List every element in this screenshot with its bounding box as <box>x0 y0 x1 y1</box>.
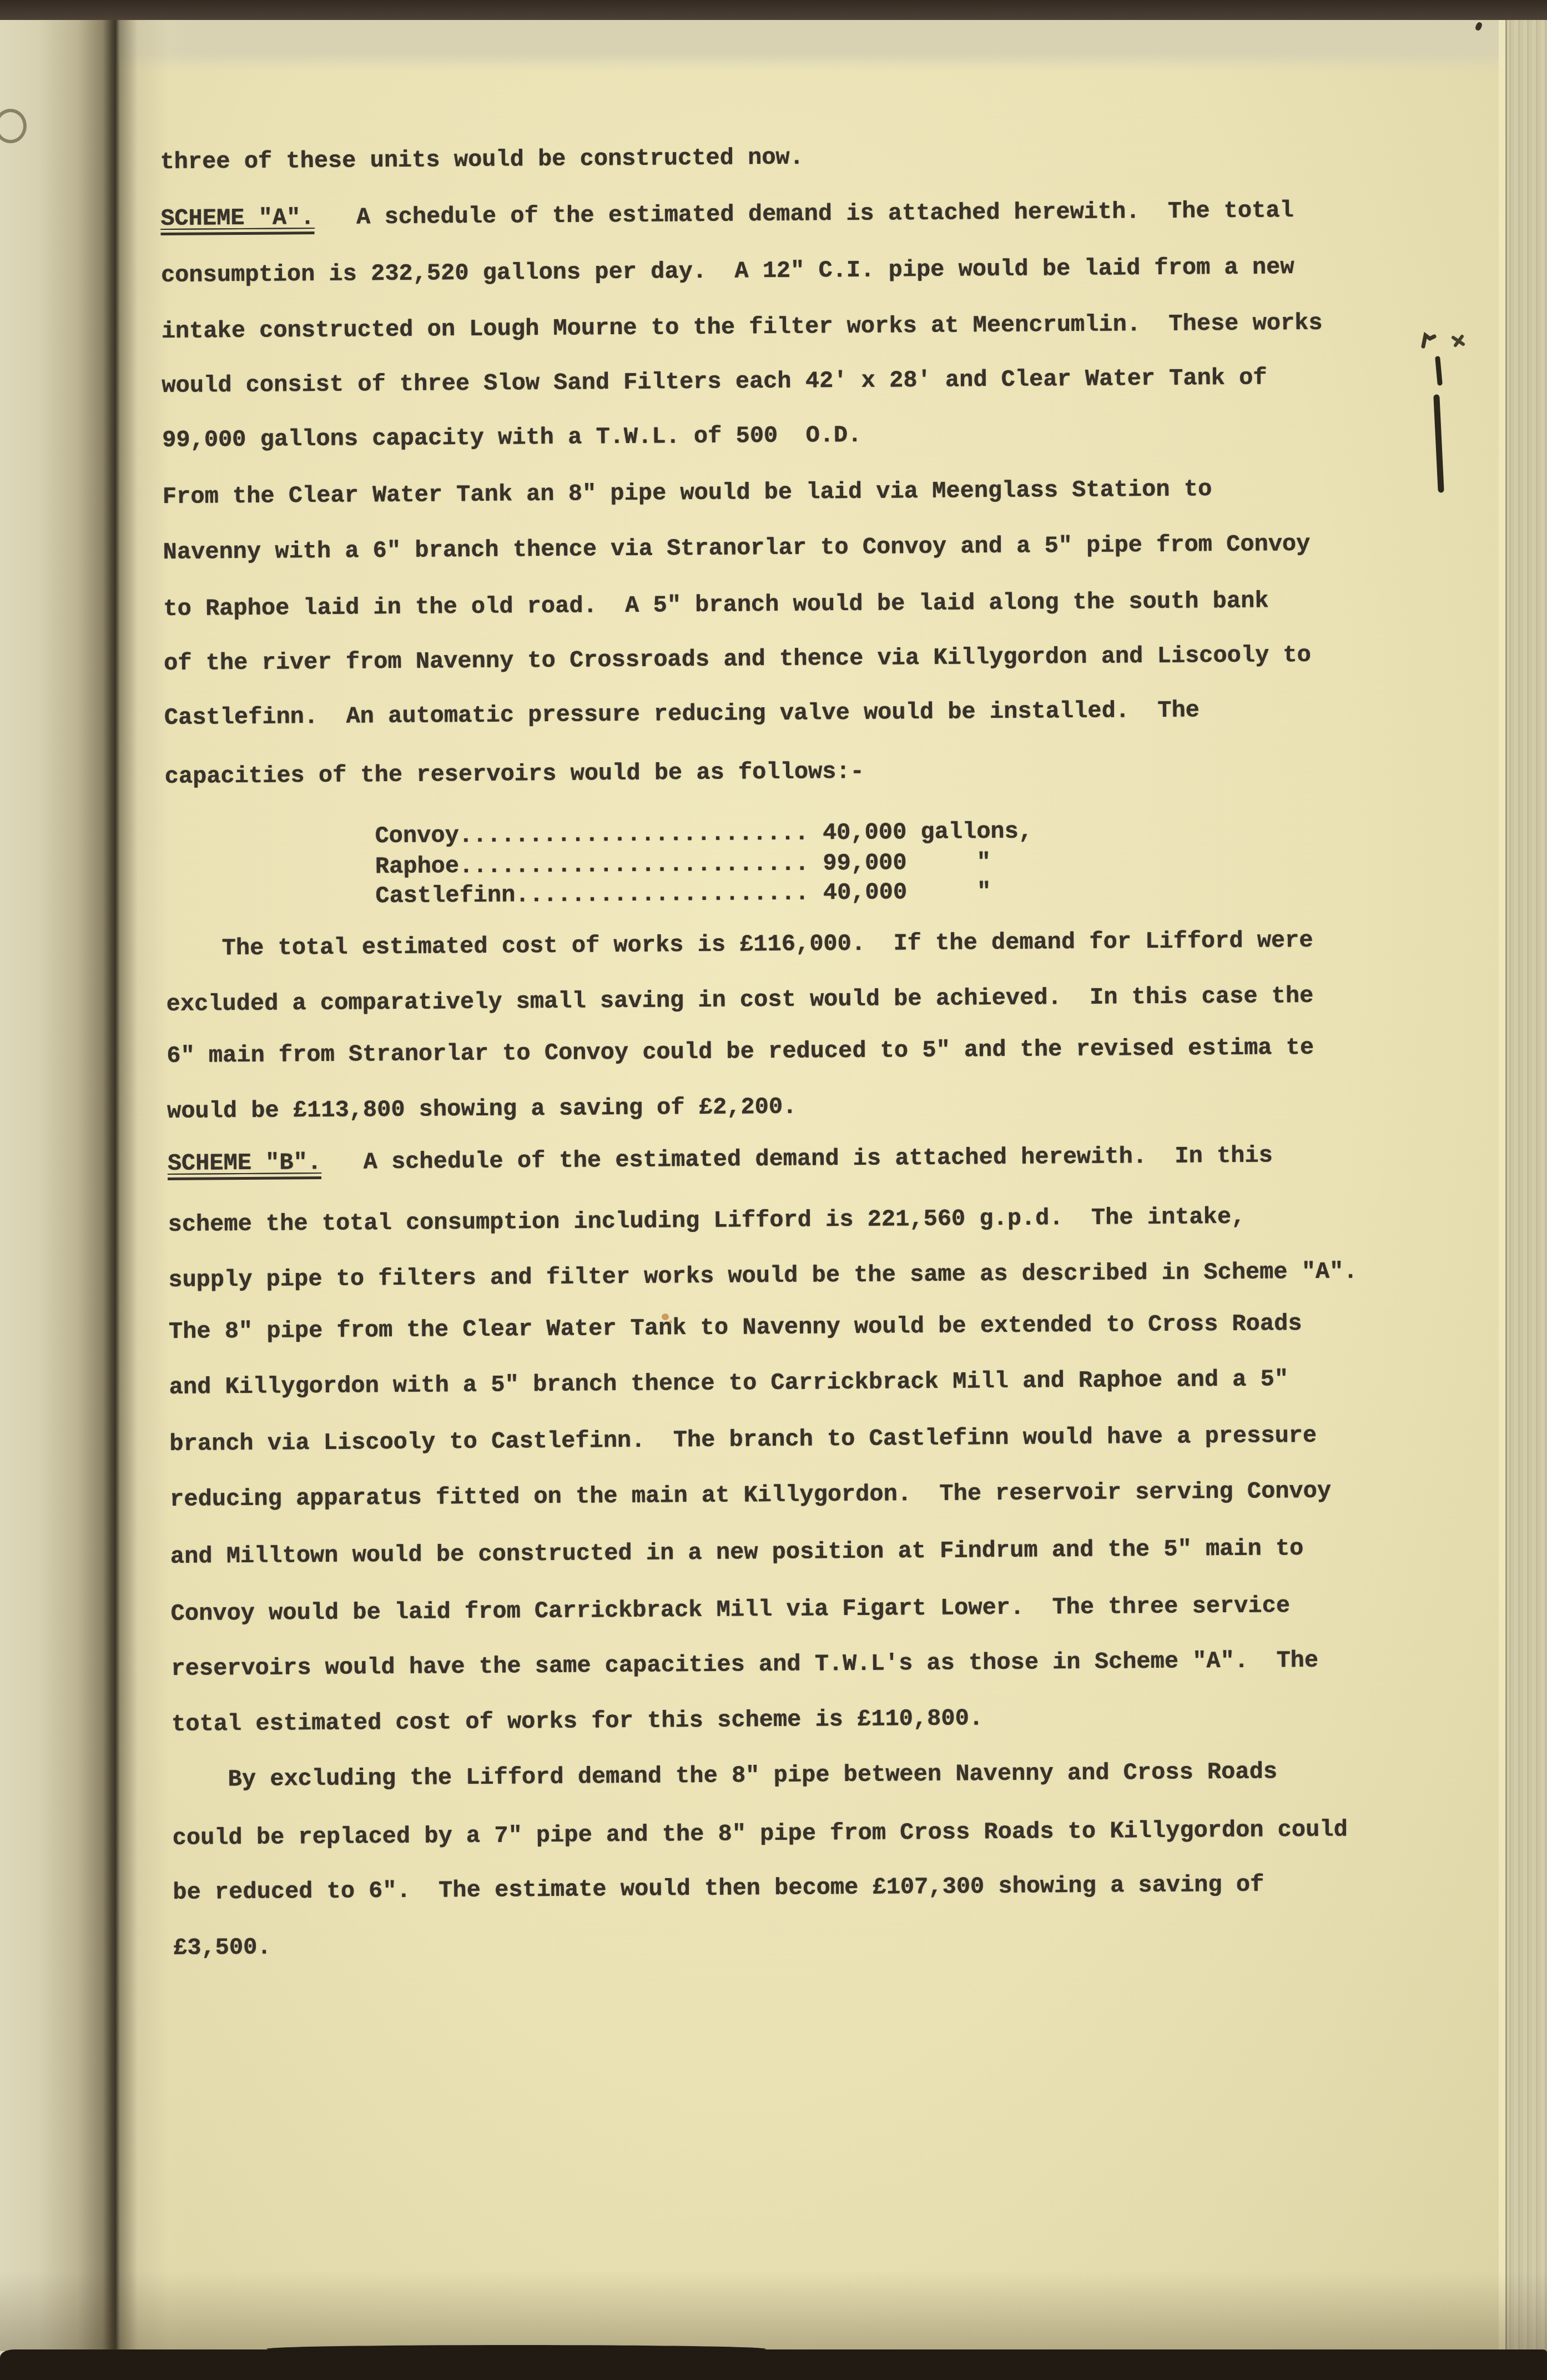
typed-line: reducing apparatus fitted on the main at… <box>170 1477 1331 1514</box>
typed-line: £3,500. <box>173 1933 271 1963</box>
stain-speck <box>662 1314 669 1320</box>
reservoir-list-line: Convoy......................... 40,000 g… <box>165 817 1032 852</box>
typed-line: A schedule of the estimated demand is at… <box>321 1142 1273 1176</box>
typed-line: excluded a comparatively small saving in… <box>167 982 1314 1019</box>
book-scan: three of these units would be constructe… <box>0 0 1547 2380</box>
typed-line: of the river from Navenny to Crossroads … <box>164 641 1311 678</box>
typed-line: 6" main from Stranorlar to Convoy could … <box>167 1033 1314 1070</box>
typed-line: branch via Liscooly to Castlefinn. The b… <box>169 1421 1317 1458</box>
right-margin-ink-marks <box>1417 329 1478 506</box>
typed-line: The total estimated cost of works is £11… <box>166 926 1313 963</box>
scheme-b-heading-line: SCHEME "B". A schedule of the estimated … <box>168 1141 1273 1178</box>
typed-line: and Milltown would be constructed in a n… <box>170 1534 1304 1571</box>
typed-line: reservoirs would have the same capacitie… <box>171 1646 1318 1683</box>
typed-line: to Raphoe laid in the old road. A 5" bra… <box>163 586 1268 623</box>
typed-line: Convoy would be laid from Carrickbrack M… <box>171 1591 1291 1628</box>
scheme-a-heading-line: SCHEME "A". A schedule of the estimated … <box>160 196 1294 233</box>
typed-line: would consist of three Slow Sand Filters… <box>162 363 1267 400</box>
typed-line: supply pipe to filters and filter works … <box>168 1257 1358 1295</box>
typed-text-block: three of these units would be constructe… <box>0 0 1547 2380</box>
reservoir-list-line: Castlefinn..................... 40,000 " <box>165 877 991 912</box>
typed-line: 99,000 gallons capacity with a T.W.L. of… <box>162 421 862 455</box>
typed-line: Castlefinn. An automatic pressure reduci… <box>164 696 1200 732</box>
typed-line: would be £113,800 showing a saving of £2… <box>167 1093 797 1126</box>
typed-line: capacities of the reservoirs would be as… <box>165 757 865 791</box>
typed-line: intake constructed on Lough Mourne to th… <box>162 309 1323 346</box>
typed-line: scheme the total consumption including L… <box>168 1202 1245 1239</box>
typed-line: be reduced to 6". The estimate would the… <box>173 1870 1264 1907</box>
bottom-page-shadow <box>0 2271 1547 2351</box>
typed-line: consumption is 232,520 gallons per day. … <box>161 253 1294 290</box>
reservoir-list-line: Raphoe......................... 99,000 " <box>165 848 991 883</box>
typed-line: The 8" pipe from the Clear Water Tank to… <box>169 1309 1302 1346</box>
typed-line: could be replaced by a 7" pipe and the 8… <box>173 1815 1348 1853</box>
typed-line: total estimated cost of works for this s… <box>172 1704 983 1739</box>
typed-line: From the Clear Water Tank an 8" pipe wou… <box>163 475 1212 511</box>
scheme-b-heading: SCHEME "B". <box>168 1149 322 1180</box>
book-cover-bottom-band <box>0 2349 1547 2380</box>
typed-line: and Killygordon with a 5" branch thence … <box>169 1365 1289 1402</box>
typed-line: By excluding the Lifford demand the 8" p… <box>172 1757 1277 1794</box>
typed-line: Navenny with a 6" branch thence via Stra… <box>163 530 1311 567</box>
scheme-a-heading: SCHEME "A". <box>160 204 315 235</box>
typed-line: A schedule of the estimated demand is at… <box>314 197 1294 231</box>
typed-line: three of these units would be constructe… <box>160 143 804 177</box>
